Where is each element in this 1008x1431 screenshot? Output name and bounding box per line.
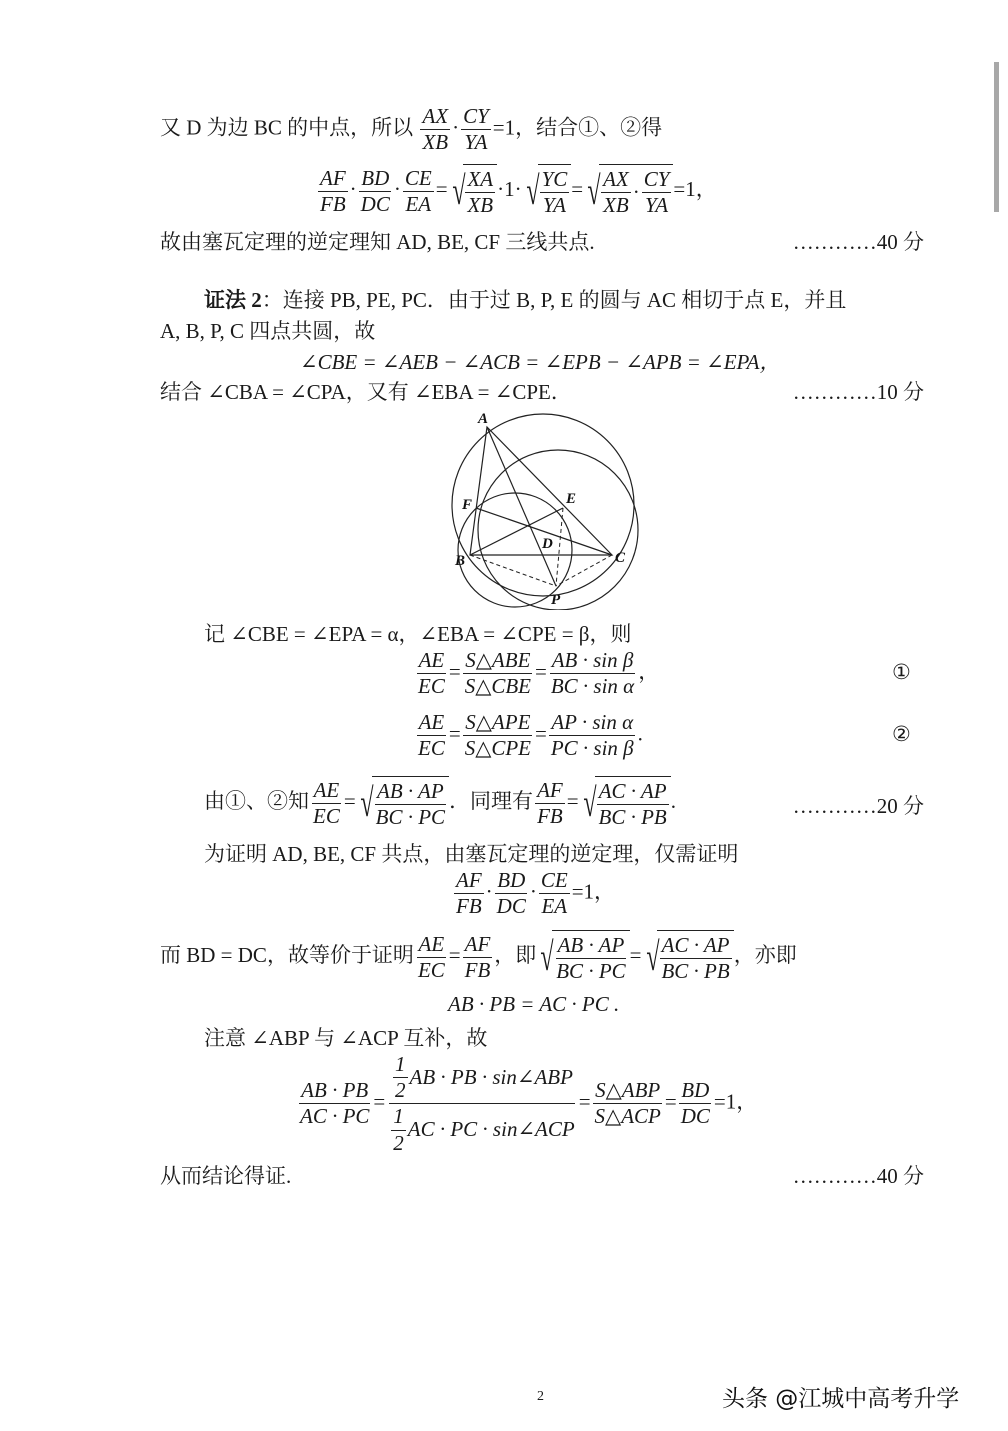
fraction: AFFB: [318, 166, 348, 217]
section1-equation: AFFB·BDDC·CEEA=√XAXB·1·√YCYA=√AXXB·CYYA=…: [316, 164, 717, 218]
fraction: BDDC: [359, 166, 392, 217]
sqrt: √YCYA: [522, 164, 572, 218]
proof2-intro: 证法 2：连接 PB, PE, PC．由于过 B, P, E 的圆与 AC 相切…: [204, 284, 846, 314]
fraction: CYYA: [461, 104, 491, 155]
equation-label-2: ②: [892, 722, 911, 747]
score-40-final: …………40 分: [793, 1160, 924, 1190]
label-p: P: [551, 592, 561, 608]
label-e: E: [565, 491, 576, 507]
label-f: F: [461, 497, 472, 513]
label-a: A: [477, 411, 488, 427]
note-line: 注意 ∠ABP 与 ∠ACP 互补，故: [204, 1022, 487, 1052]
line-text: 又 D 为边 BC 的中点，所以: [160, 116, 413, 140]
proof-heading: 证法 2: [204, 288, 262, 312]
final-line: 从而结论得证.: [160, 1160, 291, 1190]
angle-equation: ∠CBE = ∠AEB − ∠ACB = ∠EPB − ∠APB = ∠EPA，: [300, 346, 780, 376]
proof2-intro-line2: A, B, P, C 四点共圆，故: [160, 315, 375, 345]
label-d: D: [541, 536, 553, 552]
equation-2: AEEC=S△APES△CPE=AP · sin αPC · sin β.: [414, 710, 643, 761]
label-c: C: [615, 550, 626, 566]
line-text: =1，结合①、②得: [493, 116, 662, 140]
fraction: CEEA: [403, 166, 434, 217]
ceva-equation: AFFB·BDDC·CEEA=1，: [452, 868, 615, 919]
geometry-figure: A F E D B C P: [440, 405, 660, 610]
fraction: AXXB: [420, 104, 450, 155]
score-10: …………10 分: [793, 376, 924, 406]
score-20: …………20 分: [793, 790, 924, 820]
page-number: 2: [537, 1389, 544, 1405]
equation-label-1: ①: [892, 660, 911, 685]
label-b: B: [454, 553, 465, 569]
scrollbar[interactable]: [994, 62, 999, 212]
final-equation: AB · PBAC · PC=12AB · PB · sin∠ABP12AC ·…: [296, 1052, 757, 1156]
section1-conclusion: 故由塞瓦定理的逆定理知 AD, BE, CF 三线共点.: [160, 226, 595, 256]
section1-line1: 又 D 为边 BC 的中点，所以 AXXB·CYYA=1，结合①、②得: [160, 104, 662, 155]
need-line: 为证明 AD, BE, CF 共点，由塞瓦定理的逆定理，仅需证明: [204, 838, 738, 868]
derive-line: 由①、②知AEEC=√AB · APBC · PC．同理有AFFB=√AC · …: [204, 776, 676, 830]
equation-1: AEEC=S△ABES△CBE=AB · sin βBC · sin α，: [414, 648, 659, 699]
watermark: 头条 @江城中高考升学: [722, 1380, 959, 1413]
score-40: …………40 分: [793, 226, 924, 256]
equivalence-line: 而 BD = DC，故等价于证明AEEC=AFFB，即√AB · APBC · …: [160, 930, 797, 984]
sqrt: √XAXB: [448, 164, 498, 218]
circle-bpe: [458, 493, 572, 607]
line-text: ：连接 PB, PE, PC．由于过 B, P, E 的圆与 AC 相切于点 E…: [262, 288, 847, 312]
triangle-abc: [470, 427, 612, 555]
product-equation: AB · PB = AC · PC .: [448, 992, 619, 1017]
combine-line: 结合 ∠CBA = ∠CPA，又有 ∠EBA = ∠CPE．: [160, 376, 572, 406]
define-line: 记 ∠CBE = ∠EPA = α，∠EBA = ∠CPE = β，则: [204, 618, 631, 648]
sqrt: √AXXB·CYYA: [583, 164, 673, 218]
